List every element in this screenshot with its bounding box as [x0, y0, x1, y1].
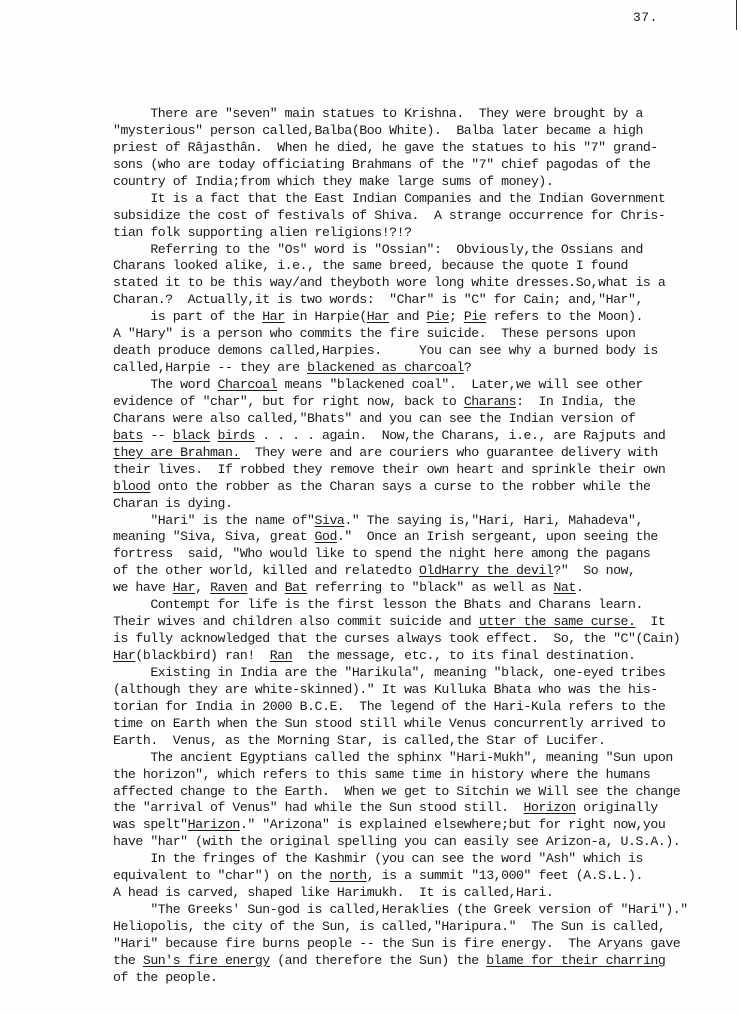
text-line: Earth. Venus, as the Morning Star, is ca… [113, 733, 653, 750]
text-line: subsidize the cost of festivals of Shiva… [113, 208, 653, 225]
text-run: of the people. [113, 970, 218, 985]
scan-edge-mark [736, 0, 737, 30]
text-run: The ancient Egyptians called the sphinx … [113, 750, 673, 765]
text-run: equivalent to "char") on the [113, 868, 329, 883]
underlined-text: OldHarry the devil [419, 563, 553, 578]
text-line: blood onto the robber as the Charan says… [113, 479, 653, 496]
underlined-text: Pie [464, 309, 486, 324]
text-run: Charans were also called,"Bhats" and you… [113, 411, 635, 426]
text-line: their lives. If robbed they remove their… [113, 462, 653, 479]
underlined-text: blackened as charcoal [307, 360, 464, 375]
text-line: the Sun's fire energy (and therefore the… [113, 953, 653, 970]
text-run: originally [576, 800, 658, 815]
underlined-text: bats [113, 428, 143, 443]
text-run: priest of Râjasthân. When he died, he ga… [113, 140, 658, 155]
text-run: It is a fact that the East Indian Compan… [113, 191, 665, 206]
text-line: Their wives and children also commit sui… [113, 614, 653, 631]
text-line: priest of Râjasthân. When he died, he ga… [113, 140, 653, 157]
underlined-text: Har [262, 309, 284, 324]
underlined-text: birds [218, 428, 255, 443]
text-line: of the other world, killed and relatedto… [113, 563, 653, 580]
text-run: sons (who are today officiating Brahmans… [113, 157, 650, 172]
text-line: called,Harpie -- they are blackened as c… [113, 360, 653, 377]
text-line: Referring to the "Os" word is "Ossian": … [113, 242, 653, 259]
text-run: the message, etc., to its final destinat… [292, 648, 635, 663]
underlined-text: Bat [285, 580, 307, 595]
text-run: "mysterious" person called,Balba(Boo Whi… [113, 123, 643, 138]
text-run: meaning "Siva, Siva, great [113, 529, 315, 544]
text-run: , [195, 580, 210, 595]
text-line: torian for India in 2000 B.C.E. The lege… [113, 699, 653, 716]
text-run: The word [113, 377, 218, 392]
text-line: we have Har, Raven and Bat referring to … [113, 580, 653, 597]
text-line: bats -- black birds . . . . again. Now,t… [113, 428, 653, 445]
underlined-text: Nat [553, 580, 575, 595]
underlined-text: Har [113, 648, 135, 663]
text-run: was spelt" [113, 817, 188, 832]
text-line: is part of the Har in Harpie(Har and Pie… [113, 309, 653, 326]
text-run: of the other world, killed and relatedto [113, 563, 419, 578]
text-line: Har(blackbird) ran! Ran the message, etc… [113, 648, 653, 665]
text-run: is part of the [113, 309, 262, 324]
underlined-text: blame for their charring [486, 953, 665, 968]
text-run: called,Harpie -- they are [113, 360, 307, 375]
underlined-text: Raven [210, 580, 247, 595]
underlined-text: utter the same curse. [479, 614, 636, 629]
text-run: tian folk supporting alien religions!?!? [113, 225, 412, 240]
underlined-text: Charans [464, 394, 516, 409]
text-line: death produce demons called,Harpies. You… [113, 343, 653, 360]
text-run: Their wives and children also commit sui… [113, 614, 479, 629]
text-line: A head is carved, shaped like Harimukh. … [113, 885, 653, 902]
text-run: time on Earth when the Sun stood still w… [113, 716, 665, 731]
text-line: the "arrival of Venus" had while the Sun… [113, 800, 653, 817]
text-line: time on Earth when the Sun stood still w… [113, 716, 653, 733]
document-page: 37. There are "seven" main statues to Kr… [0, 0, 741, 1014]
text-run: -- [143, 428, 173, 443]
underlined-text: Pie [427, 309, 449, 324]
text-line: equivalent to "char") on the north, is a… [113, 868, 653, 885]
text-run: referring to "black" as well as [307, 580, 553, 595]
text-run: onto the robber as the Charan says a cur… [150, 479, 650, 494]
text-line: was spelt"Harizon." "Arizona" is explain… [113, 817, 653, 834]
text-run: (although they are white-skinned)." It w… [113, 682, 658, 697]
text-line: is fully acknowledged that the curses al… [113, 631, 653, 648]
text-line: "Hari" is the name of"Siva." The saying … [113, 513, 653, 530]
text-run: the "arrival of Venus" had while the Sun… [113, 800, 524, 815]
text-run: death produce demons called,Harpies. You… [113, 343, 658, 358]
text-line: In the fringes of the Kashmir (you can s… [113, 851, 653, 868]
text-line: the horizon", which refers to this same … [113, 767, 653, 784]
text-run: fortress said, "Who would like to spend … [113, 546, 650, 561]
underlined-text: Har [173, 580, 195, 595]
text-run: In the fringes of the Kashmir (you can s… [113, 851, 643, 866]
underlined-text: Charcoal [218, 377, 278, 392]
text-line: Charans were also called,"Bhats" and you… [113, 411, 653, 428]
underlined-text: Ran [270, 648, 292, 663]
text-run: country of India;from which they make la… [113, 174, 553, 189]
text-line: tian folk supporting alien religions!?!? [113, 225, 653, 242]
text-run: "Hari" is the name of" [113, 513, 315, 528]
text-run: stated it to be this way/and theyboth wo… [113, 275, 665, 290]
text-line: It is a fact that the East Indian Compan… [113, 191, 653, 208]
text-run: their lives. If robbed they remove their… [113, 462, 665, 477]
underlined-text: Horizon [524, 800, 576, 815]
text-run: we have [113, 580, 173, 595]
text-run: subsidize the cost of festivals of Shiva… [113, 208, 665, 223]
text-run: and [389, 309, 426, 324]
text-line: "Hari" because fire burns people -- the … [113, 936, 653, 953]
text-run: (blackbird) ran! [135, 648, 269, 663]
underlined-text: God [315, 529, 337, 544]
text-run: have "har" (with the original spelling y… [113, 834, 680, 849]
text-line: The ancient Egyptians called the sphinx … [113, 750, 653, 767]
text-run: Earth. Venus, as the Morning Star, is ca… [113, 733, 606, 748]
text-run: Existing in India are the "Harikula", me… [113, 665, 665, 680]
text-run: the [113, 953, 143, 968]
text-line: Charans looked alike, i.e., the same bre… [113, 258, 653, 275]
text-run: Heliopolis, the city of the Sun, is call… [113, 919, 665, 934]
underlined-text: they are Brahman. [113, 445, 240, 460]
underlined-text: blood [113, 479, 150, 494]
text-line: Existing in India are the "Harikula", me… [113, 665, 653, 682]
text-run: There are "seven" main statues to Krishn… [113, 106, 643, 121]
text-line: fortress said, "Who would like to spend … [113, 546, 653, 563]
underlined-text: north [329, 868, 366, 883]
text-run: ; [449, 309, 464, 324]
text-line: There are "seven" main statues to Krishn… [113, 106, 653, 123]
text-run: Referring to the "Os" word is "Ossian": … [113, 242, 643, 257]
text-run: ." Once an Irish sergeant, upon seeing t… [337, 529, 658, 544]
text-run: torian for India in 2000 B.C.E. The lege… [113, 699, 665, 714]
text-run: Charan is dying. [113, 496, 232, 511]
text-run [210, 428, 217, 443]
text-run: refers to the Moon). [486, 309, 643, 324]
text-run: . . . . again. Now,the Charans, i.e., ar… [255, 428, 666, 443]
text-line: "The Greeks' Sun-god is called,Heraklies… [113, 902, 653, 919]
text-line: (although they are white-skinned)." It w… [113, 682, 653, 699]
text-run: ." "Arizona" is explained elsewhere;but … [240, 817, 665, 832]
text-run: Charans looked alike, i.e., the same bre… [113, 258, 628, 273]
text-run: "Hari" because fire burns people -- the … [113, 936, 680, 951]
text-line: they are Brahman. They were and are cour… [113, 445, 653, 462]
text-line: country of India;from which they make la… [113, 174, 653, 191]
text-run: , is a summit "13,000" feet (A.S.L.). [367, 868, 643, 883]
underlined-text: Har [367, 309, 389, 324]
underlined-text: Siva [315, 513, 345, 528]
text-run: "The Greeks' Sun-god is called,Heraklies… [113, 902, 688, 917]
text-line: The word Charcoal means "blackened coal"… [113, 377, 653, 394]
text-line: stated it to be this way/and theyboth wo… [113, 275, 653, 292]
underlined-text: Harizon [188, 817, 240, 832]
underlined-text: black [173, 428, 210, 443]
text-line: Charan.? Actually,it is two words: "Char… [113, 292, 653, 309]
text-line: affected change to the Earth. When we ge… [113, 784, 653, 801]
text-run: (and therefore the Sun) the [270, 953, 486, 968]
text-line: of the people. [113, 970, 653, 987]
text-run: Charan.? Actually,it is two words: "Char… [113, 292, 643, 307]
text-run: is fully acknowledged that the curses al… [113, 631, 680, 646]
text-run: ? [464, 360, 471, 375]
text-run: . [576, 580, 583, 595]
text-run: It [635, 614, 665, 629]
text-run: A "Hary" is a person who commits the fir… [113, 326, 635, 341]
text-line: "mysterious" person called,Balba(Boo Whi… [113, 123, 653, 140]
text-run: A head is carved, shaped like Harimukh. … [113, 885, 553, 900]
text-line: sons (who are today officiating Brahmans… [113, 157, 653, 174]
text-line: meaning "Siva, Siva, great God." Once an… [113, 529, 653, 546]
text-line: Heliopolis, the city of the Sun, is call… [113, 919, 653, 936]
text-run: the horizon", which refers to this same … [113, 767, 650, 782]
body-text: There are "seven" main statues to Krishn… [113, 106, 653, 987]
text-run: affected change to the Earth. When we ge… [113, 784, 680, 799]
text-run: ?" So now, [553, 563, 635, 578]
text-run: in Harpie( [285, 309, 367, 324]
text-run: means "blackened coal". Later,we will se… [277, 377, 643, 392]
text-run: Contempt for life is the first lesson th… [113, 597, 643, 612]
text-run: and [247, 580, 284, 595]
text-line: Contempt for life is the first lesson th… [113, 597, 653, 614]
text-run: ." The saying is,"Hari, Hari, Mahadeva", [344, 513, 643, 528]
page-number: 37. [633, 10, 658, 25]
text-line: evidence of "char", but for right now, b… [113, 394, 653, 411]
text-line: Charan is dying. [113, 496, 653, 513]
text-run: They were and are couriers who guarantee… [240, 445, 658, 460]
text-run: : In India, the [516, 394, 635, 409]
underlined-text: Sun's fire energy [143, 953, 270, 968]
text-line: have "har" (with the original spelling y… [113, 834, 653, 851]
text-run: evidence of "char", but for right now, b… [113, 394, 464, 409]
text-line: A "Hary" is a person who commits the fir… [113, 326, 653, 343]
